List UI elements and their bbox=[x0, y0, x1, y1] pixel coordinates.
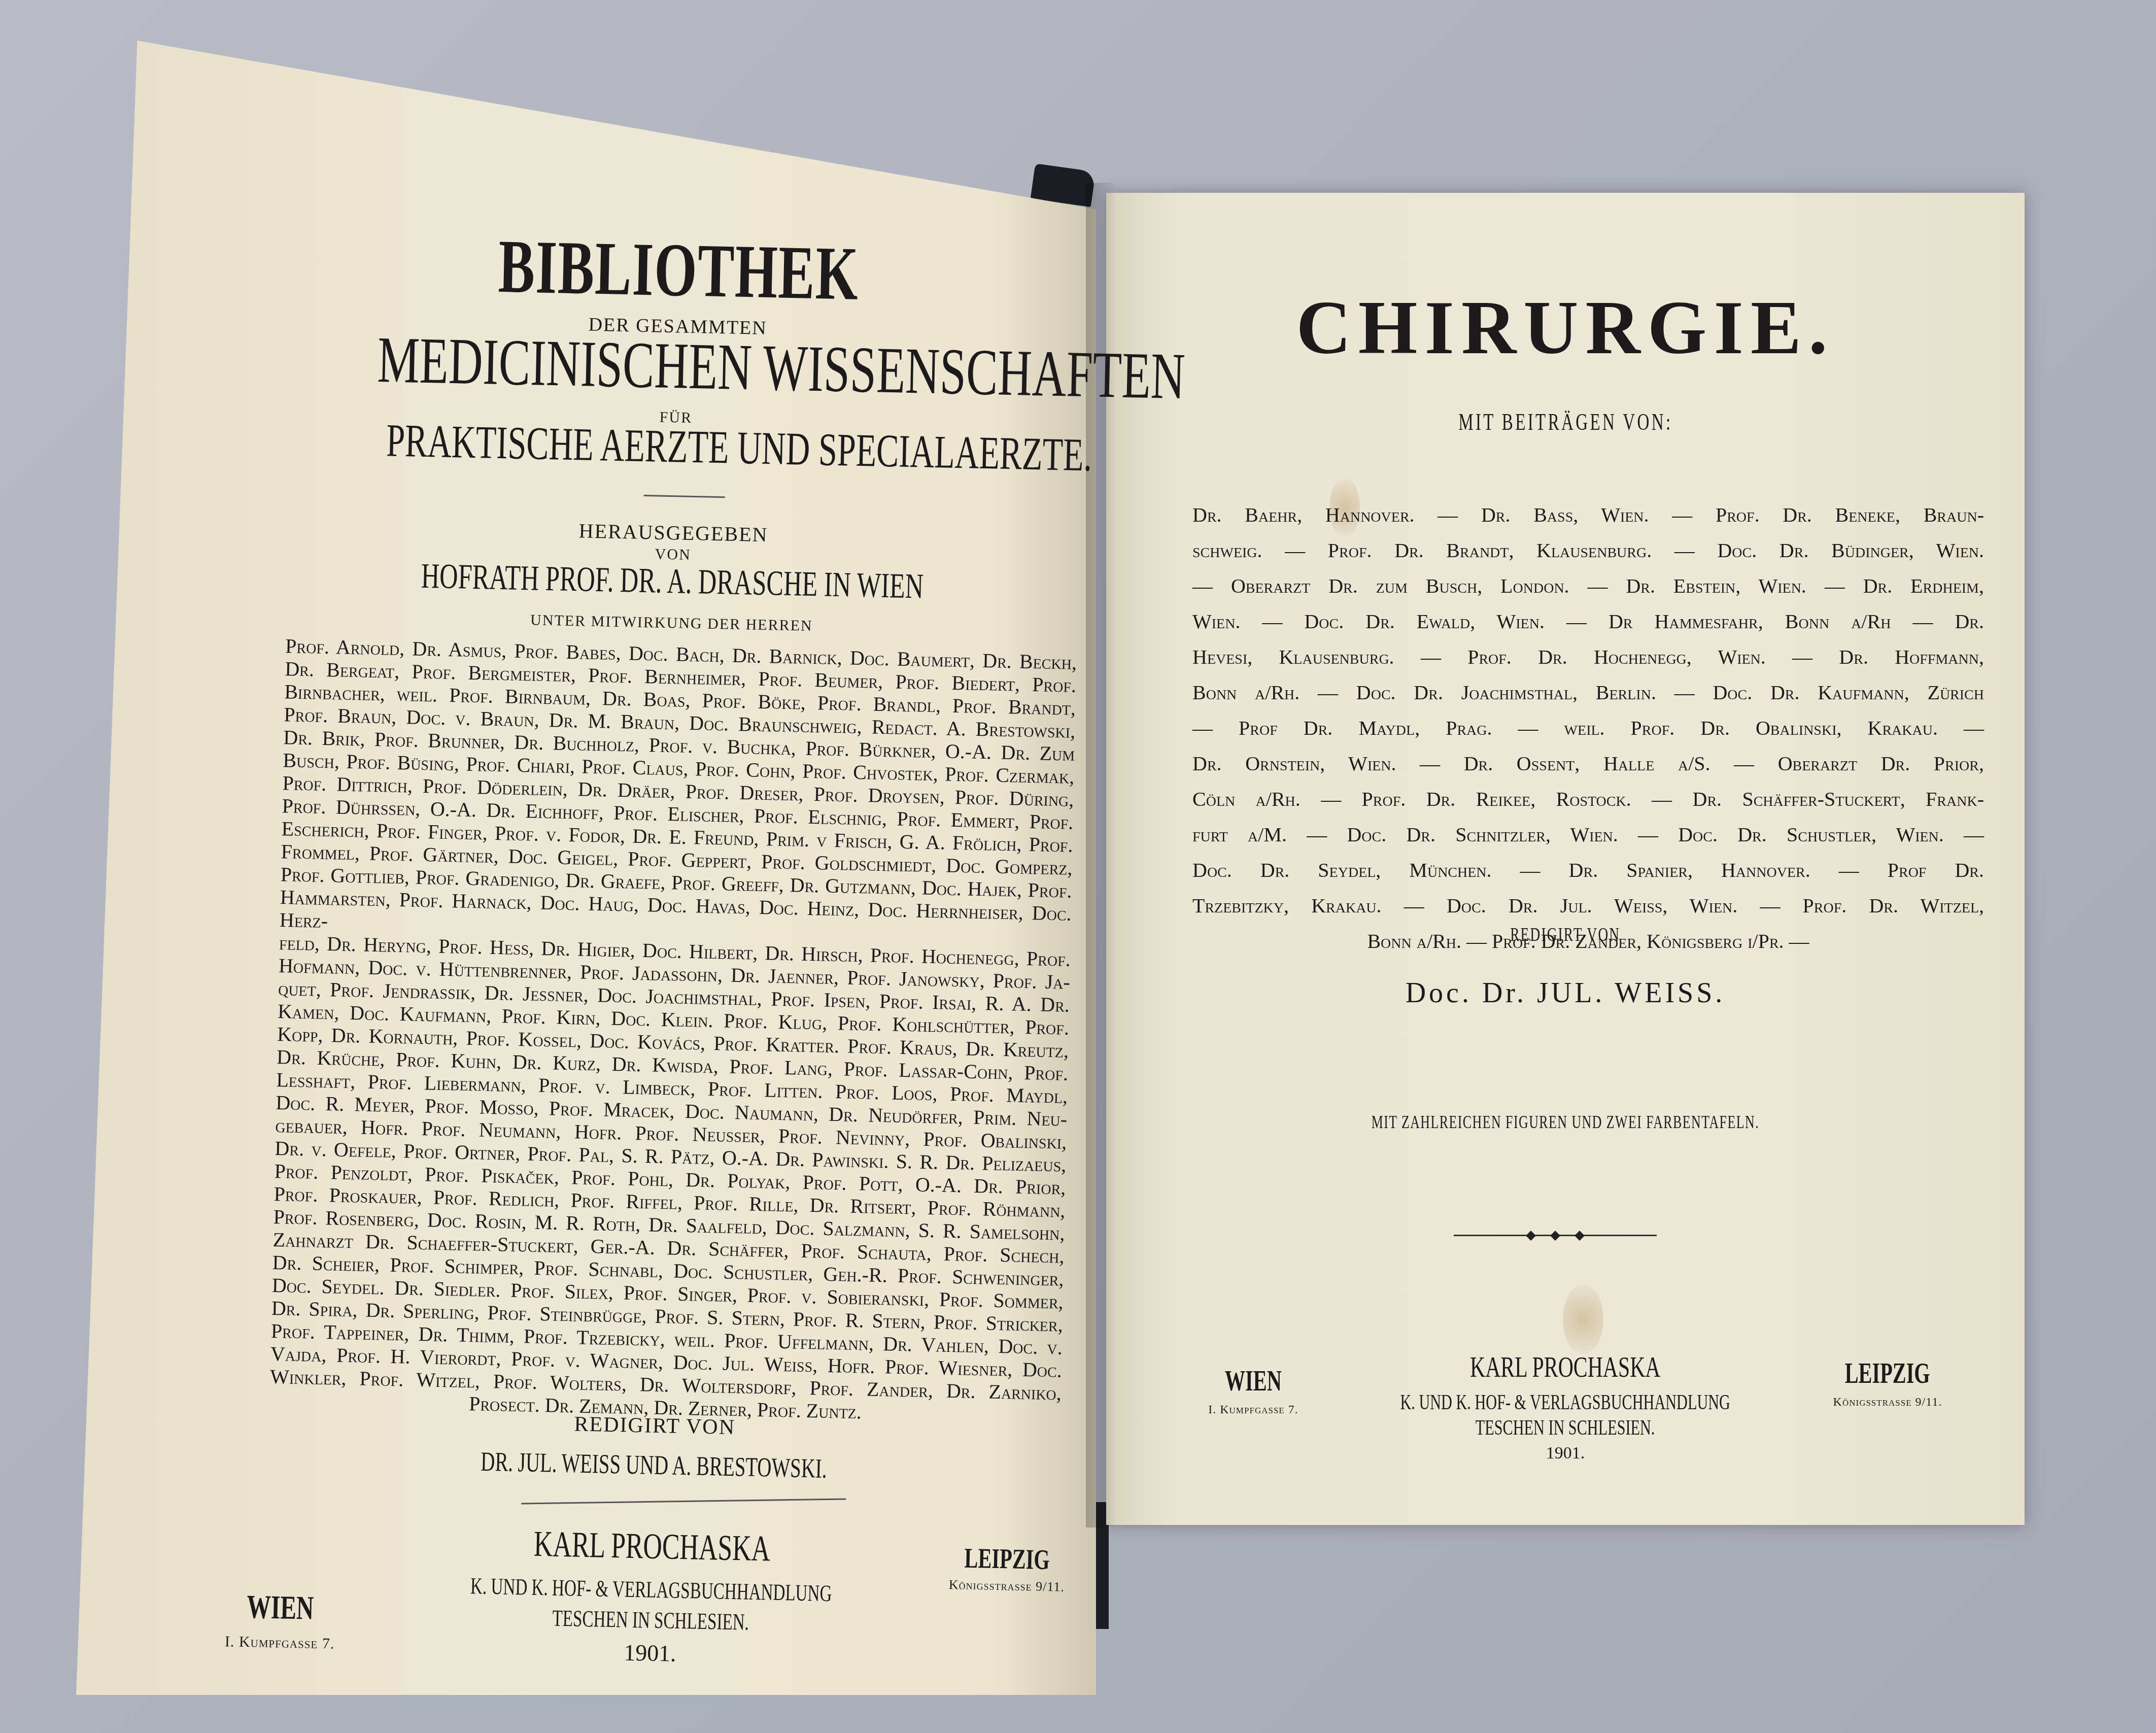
publisher-city-wien: WIEN bbox=[179, 1586, 383, 1629]
ornament-diamond-icon bbox=[1526, 1231, 1536, 1241]
volume-contributors-list: Dr. Baehr, Hannover. — Dr. Bass, Wien. —… bbox=[1192, 497, 1984, 959]
right-page-content: CHIRURGIE. MIT BEITRÄGEN VON: Dr. Baehr,… bbox=[1106, 193, 2025, 1525]
contributor-line: Trzebitzky, Krakau. — Doc. Dr. Jul. Weis… bbox=[1192, 888, 1984, 924]
contributors-list: Prof. Arnold, Dr. Asmus, Prof. Babes, Do… bbox=[269, 634, 1077, 1427]
publisher-address-leipzig: Königsstrasse 9/11. bbox=[1791, 1396, 1984, 1409]
contributor-line: Bonn a/Rh. — Doc. Dr. Joachimsthal, Berl… bbox=[1192, 675, 1984, 710]
mit-beitraegen-label: MIT BEITRÄGEN VON: bbox=[1106, 409, 2025, 435]
contributor-line: — Prof Dr. Maydl, Prag. — weil. Prof. Dr… bbox=[1192, 710, 1984, 746]
title-divider bbox=[644, 495, 725, 498]
contributor-line: Hevesi, Klausenburg. — Prof. Dr. Hochene… bbox=[1192, 639, 1984, 675]
ornament-diamond-icon bbox=[1550, 1231, 1560, 1241]
series-title: BIBLIOTHEK bbox=[282, 218, 1075, 322]
contributor-line: Doc. Dr. Seydel, München. — Dr. Spanier,… bbox=[1192, 853, 1984, 888]
foxing-stain bbox=[1563, 1284, 1603, 1355]
publisher-city-wien: WIEN bbox=[1177, 1365, 1329, 1398]
contributor-line: Dr. Ornstein, Wien. — Dr. Ossent, Halle … bbox=[1192, 746, 1984, 781]
unter-mitwirkung-label: UNTER MITWIRKUNG DER HERREN bbox=[276, 606, 1067, 640]
contributor-line: schweig. — Prof. Dr. Brandt, Klausenburg… bbox=[1192, 533, 1984, 568]
contributor-line: Dr. Baehr, Hannover. — Dr. Bass, Wien. —… bbox=[1192, 497, 1984, 533]
left-page-content: BIBLIOTHEK DER GESAMMTEN MEDICINISCHEN W… bbox=[254, 218, 1106, 1656]
publication-year: 1901. bbox=[1106, 1444, 2025, 1463]
publisher-divider bbox=[521, 1499, 846, 1505]
contributor-line: Wien. — Doc. Dr. Ewald, Wien. — Dr Hamme… bbox=[1192, 604, 1984, 639]
publisher-city-leipzig: LEIPZIG bbox=[1801, 1357, 1974, 1390]
publisher-city-leipzig: LEIPZIG bbox=[915, 1541, 1099, 1578]
contributor-line: Cöln a/Rh. — Prof. Dr. Reikee, Rostock. … bbox=[1192, 781, 1984, 817]
publisher-line2: TESCHEN IN SCHLESIEN. bbox=[1106, 1416, 2025, 1440]
volume-editor: Doc. Dr. JUL. WEISS. bbox=[1106, 977, 2025, 1009]
publisher-address-wien: I. Kumpfgasse 7. bbox=[1167, 1403, 1340, 1417]
volume-title: CHIRURGIE. bbox=[1106, 284, 2025, 371]
contributor-line: furt a/M. — Doc. Dr. Schnitzler, Wien. —… bbox=[1192, 817, 1984, 853]
contributor-line: — Oberarzt Dr. zum Busch, London. — Dr. … bbox=[1192, 568, 1984, 604]
ornament-diamond-icon bbox=[1575, 1231, 1585, 1241]
volume-editors: DR. JUL. WEISS UND A. BRESTOWSKI. bbox=[258, 1441, 1050, 1489]
redigirt-von-label: REDIGIRT VON bbox=[1106, 924, 2025, 946]
figures-note: MIT ZAHLREICHEN FIGUREN UND ZWEI FARBENT… bbox=[1106, 1111, 2025, 1133]
